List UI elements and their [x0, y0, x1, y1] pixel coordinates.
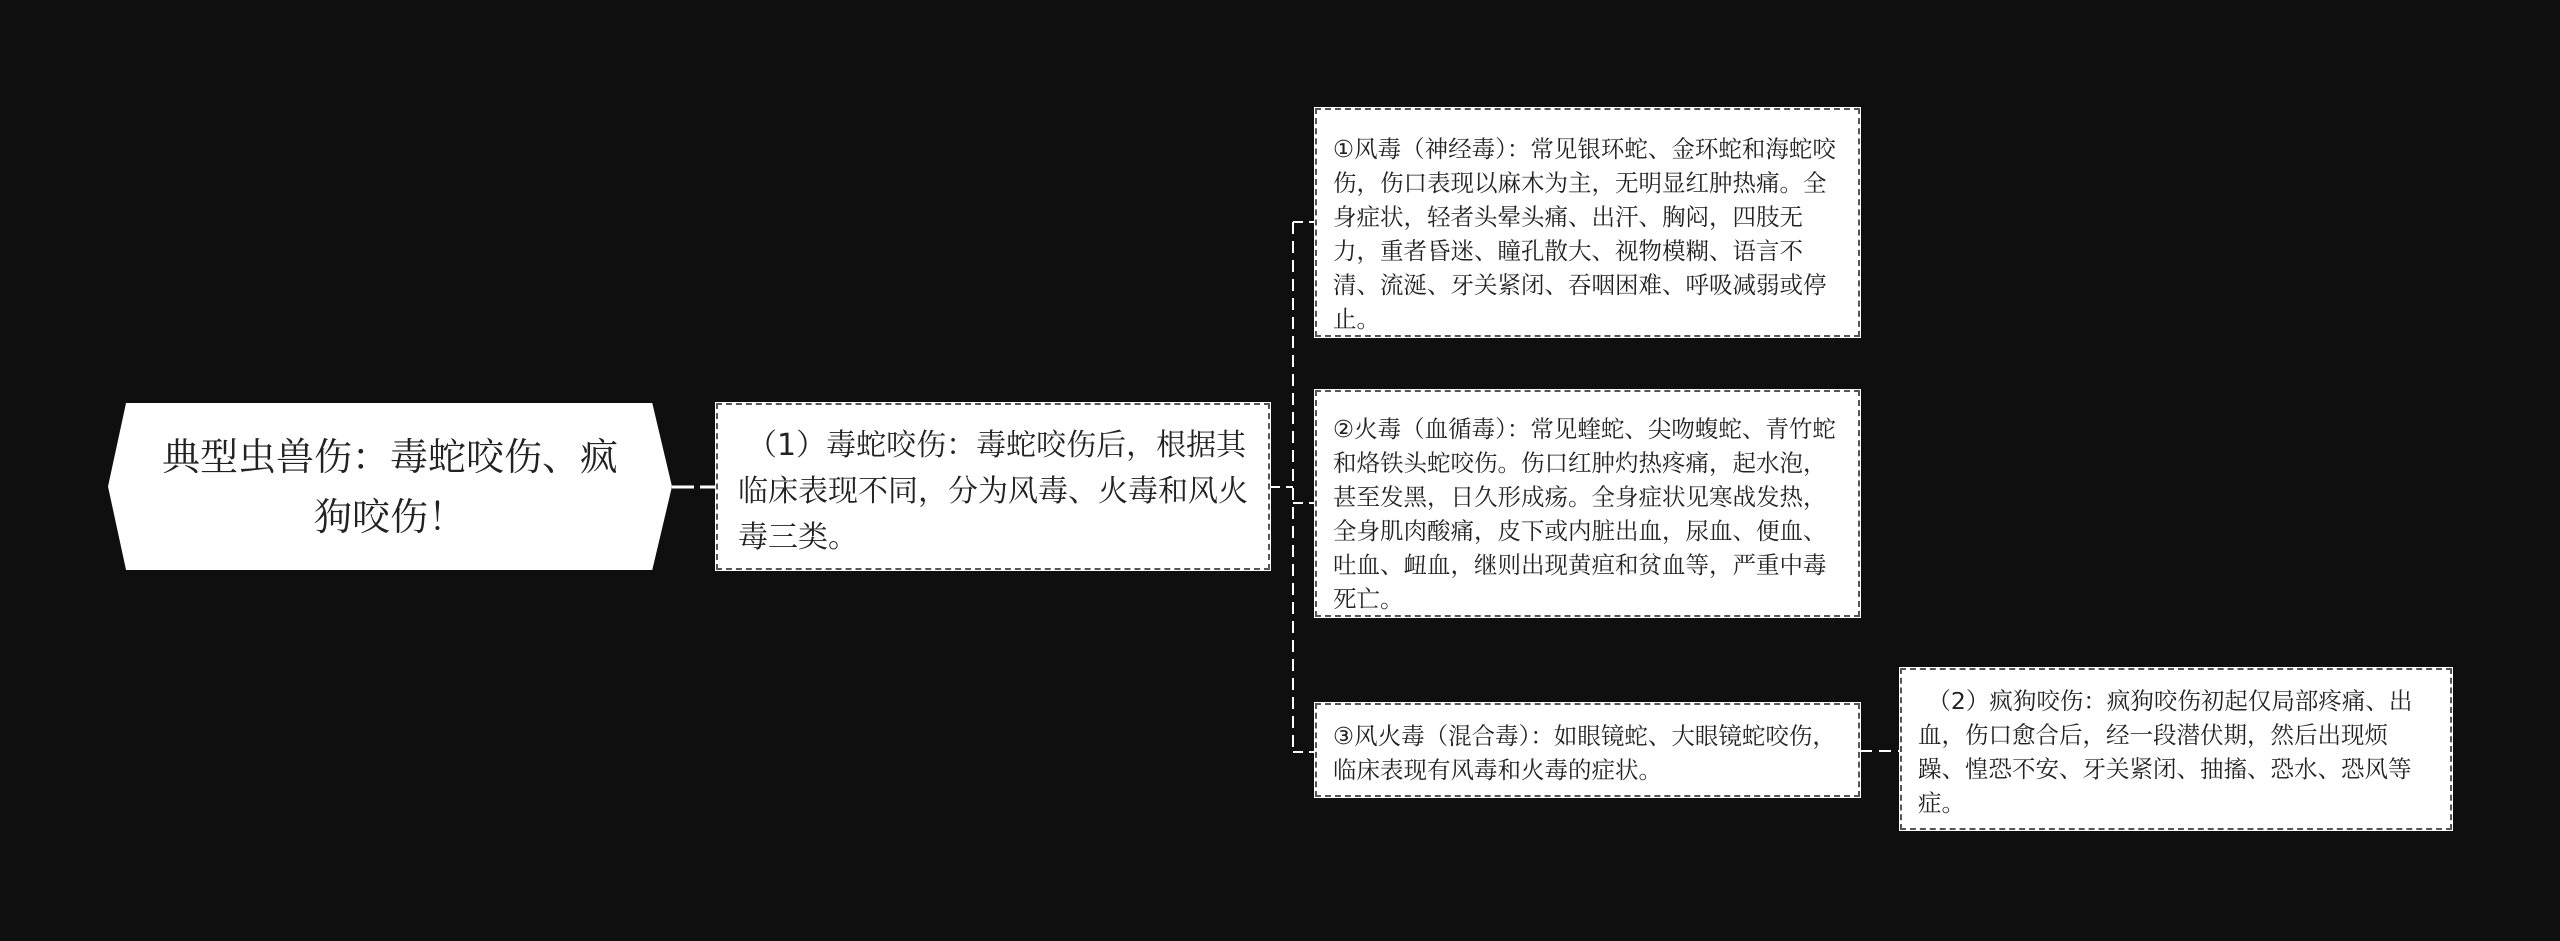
node-rabid-dog-bite[interactable]: （2）疯狗咬伤：疯狗咬伤初起仅局部疼痛、出血，伤口愈合后，经一段潜伏期，然后出现… [1900, 668, 2452, 830]
root-node[interactable]: 典型虫兽伤：毒蛇咬伤、疯狗咬伤！ [108, 403, 672, 570]
node-fire-toxin-label: ②火毒（血循毒）：常见蝰蛇、尖吻蝮蛇、青竹蛇和烙铁头蛇咬伤。伤口红肿灼热疼痛，起… [1333, 412, 1842, 616]
node-wind-toxin-label: ①风毒（神经毒）：常见银环蛇、金环蛇和海蛇咬伤，伤口表现以麻木为主，无明显红肿热… [1333, 132, 1842, 336]
node-snake-bite-label: （1）毒蛇咬伤：毒蛇咬伤后，根据其临床表现不同，分为风毒、火毒和风火毒三类。 [738, 423, 1248, 561]
node-snake-bite[interactable]: （1）毒蛇咬伤：毒蛇咬伤后，根据其临床表现不同，分为风毒、火毒和风火毒三类。 [716, 403, 1270, 570]
node-wind-toxin[interactable]: ①风毒（神经毒）：常见银环蛇、金环蛇和海蛇咬伤，伤口表现以麻木为主，无明显红肿热… [1315, 108, 1860, 337]
root-node-label: 典型虫兽伤：毒蛇咬伤、疯狗咬伤！ [158, 427, 622, 547]
node-fire-toxin[interactable]: ②火毒（血循毒）：常见蝰蛇、尖吻蝮蛇、青竹蛇和烙铁头蛇咬伤。伤口红肿灼热疼痛，起… [1315, 390, 1860, 617]
node-wind-fire-toxin-label: ③风火毒（混合毒）：如眼镜蛇、大眼镜蛇咬伤，临床表现有风毒和火毒的症状。 [1333, 719, 1842, 787]
node-rabid-dog-bite-label: （2）疯狗咬伤：疯狗咬伤初起仅局部疼痛、出血，伤口愈合后，经一段潜伏期，然后出现… [1918, 684, 2434, 820]
node-wind-fire-toxin[interactable]: ③风火毒（混合毒）：如眼镜蛇、大眼镜蛇咬伤，临床表现有风毒和火毒的症状。 [1315, 703, 1860, 797]
mindmap-canvas: 典型虫兽伤：毒蛇咬伤、疯狗咬伤！ （1）毒蛇咬伤：毒蛇咬伤后，根据其临床表现不同… [0, 0, 2560, 941]
